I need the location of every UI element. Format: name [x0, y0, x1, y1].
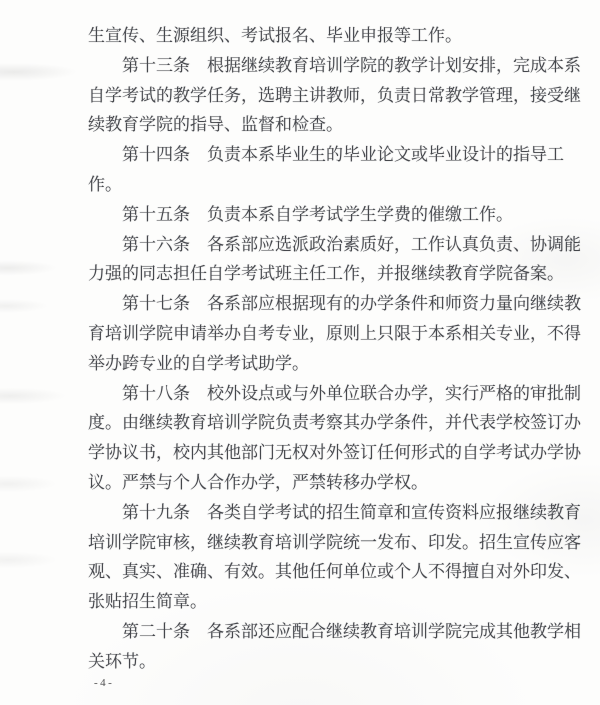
text-line: 续教育学院的指导、监督和检查。 — [88, 110, 590, 140]
text-line: 育培训学院申请举办自考专业，原则上只限于本系相关专业，不得 — [88, 319, 590, 349]
text-line: 关环节。 — [88, 647, 590, 677]
text-line: 张贴招生简章。 — [88, 587, 590, 617]
document-text-block: 生宣传、生源组织、考试报名、毕业申报等工作。 第十三条 根据继续教育培训学院的教… — [88, 21, 590, 677]
text-line: 观、真实、准确、有效。其他任何单位或个人不得擅自对外印发、 — [88, 557, 590, 587]
text-line: 度。由继续教育培训学院负责考察其办学条件，并代表学校签订办 — [88, 408, 590, 438]
text-line-article-16: 第十六条 各系部应选派政治素质好，工作认真负责、协调能 — [88, 230, 590, 260]
text-line: 举办跨专业的自学考试助学。 — [88, 349, 590, 379]
text-line: 自学考试的教学任务，选聘主讲教师，负责日常教学管理，接受继 — [88, 81, 590, 111]
text-line-article-20: 第二十条 各系部还应配合继续教育培训学院完成其他教学相 — [88, 617, 590, 647]
text-line-article-18: 第十八条 校外设点或与外单位联合办学，实行严格的审批制 — [88, 379, 590, 409]
text-line: 作。 — [88, 170, 590, 200]
text-line-article-17: 第十七条 各系部应根据现有的办学条件和师资力量向继续教 — [88, 289, 590, 319]
document-page: 生宣传、生源组织、考试报名、毕业申报等工作。 第十三条 根据继续教育培训学院的教… — [0, 0, 600, 705]
text-line-article-15: 第十五条 负责本系自学考试学生学费的催缴工作。 — [88, 200, 590, 230]
text-line: 议。严禁与个人合作办学，严禁转移办学权。 — [88, 468, 590, 498]
text-line: 学协议书，校内其他部门无权对外签订任何形式的自学考试办学协 — [88, 438, 590, 468]
text-line-article-13: 第十三条 根据继续教育培训学院的教学计划安排，完成本系 — [88, 51, 590, 81]
text-line: 力强的同志担任自学考试班主任工作，并报继续教育学院备案。 — [88, 259, 590, 289]
text-line-article-19: 第十九条 各类自学考试的招生简章和宣传资料应报继续教育 — [88, 498, 590, 528]
text-line: 生宣传、生源组织、考试报名、毕业申报等工作。 — [88, 21, 590, 51]
text-line: 培训学院审核，继续教育培训学院统一发布、印发。招生宣传应客 — [88, 528, 590, 558]
text-line-article-14: 第十四条 负责本系毕业生的毕业论文或毕业设计的指导工 — [88, 140, 590, 170]
page-number: -4- — [94, 676, 114, 690]
